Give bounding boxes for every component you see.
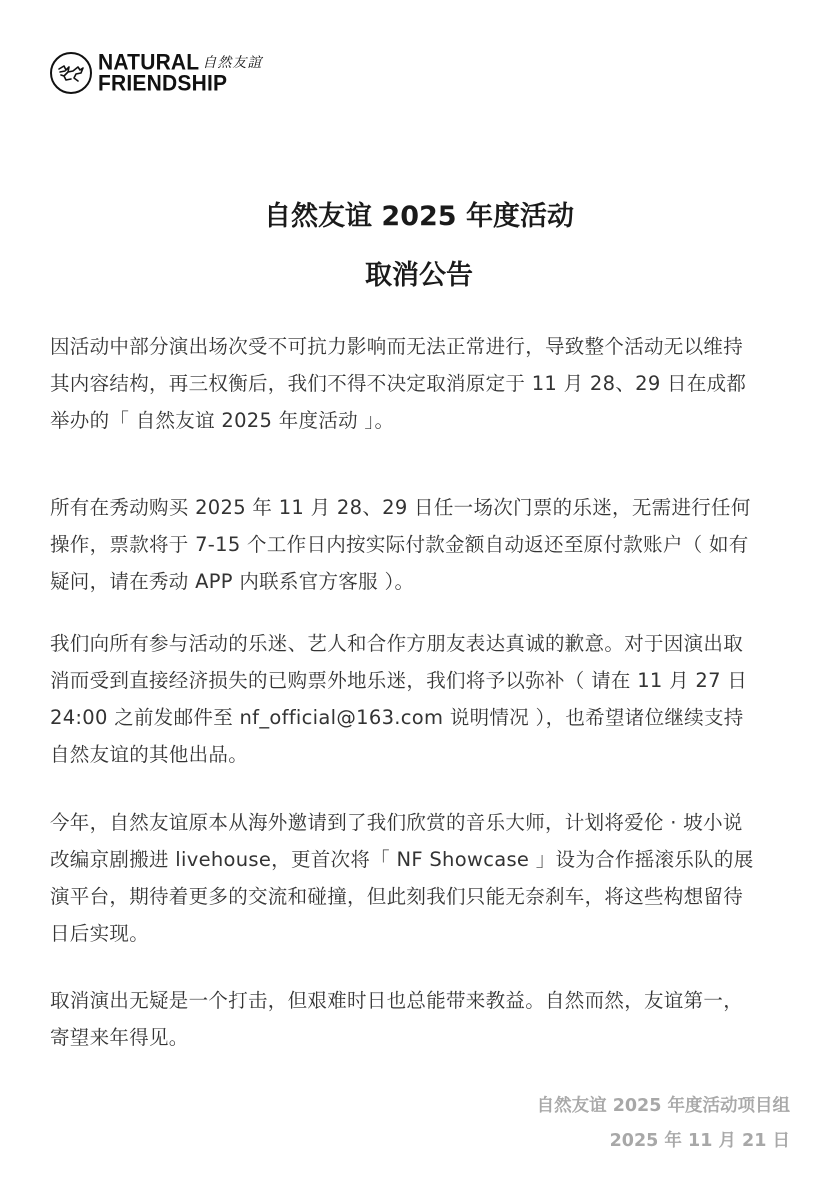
dragon-emblem-icon bbox=[50, 52, 92, 94]
paragraph-refund-info: 所有在秀动购买 2025 年 11 月 28、29 日任一场次门票的乐迷，无需进… bbox=[50, 489, 790, 600]
text-line-with-email: 24:00 之前发邮件至 nf_official@163.com 说明情况 ），… bbox=[50, 699, 790, 736]
text-line: 取消演出无疑是一个打击，但艰难时日也总能带来教益。自然而然，友谊第一， bbox=[50, 982, 790, 1019]
text-line: 操作，票款将于 7-15 个工作日内按实际付款金额自动返还至原付款账户（ 如有 bbox=[50, 526, 790, 563]
signature-organization: 自然友谊 2025 年度活动项目组 bbox=[537, 1092, 790, 1117]
text-line: 改编京剧搬进 livehouse，更首次将「 NF Showcase 」设为合作… bbox=[50, 841, 790, 878]
paragraph-apology-compensation: 我们向所有参与活动的乐迷、艺人和合作方朋友表达真诚的歉意。对于因演出取 消而受到… bbox=[50, 625, 790, 773]
announcement-title: 自然友谊 2025 年度活动 bbox=[0, 194, 838, 233]
logo-text-friendship: FRIENDSHIP bbox=[98, 72, 262, 94]
logo-wordmark: NATURAL 自然友誼 FRIENDSHIP bbox=[98, 52, 262, 94]
text-line: 举办的「 自然友谊 2025 年度活动 」。 bbox=[50, 402, 790, 439]
text-line: 所有在秀动购买 2025 年 11 月 28、29 日任一场次门票的乐迷，无需进… bbox=[50, 489, 790, 526]
text-line: 因活动中部分演出场次受不可抗力影响而无法正常进行，导致整个活动无以维持 bbox=[50, 328, 790, 365]
paragraph-closing: 取消演出无疑是一个打击，但艰难时日也总能带来教益。自然而然，友谊第一， 寄望来年… bbox=[50, 982, 790, 1056]
text-line: 日后实现。 bbox=[50, 915, 790, 952]
text-line: 今年，自然友谊原本从海外邀请到了我们欣赏的音乐大师，计划将爱伦 · 坡小说 bbox=[50, 804, 790, 841]
announcement-subtitle: 取消公告 bbox=[0, 253, 838, 292]
paragraph-cancellation-reason: 因活动中部分演出场次受不可抗力影响而无法正常进行，导致整个活动无以维持 其内容结… bbox=[50, 328, 790, 439]
paragraph-plans: 今年，自然友谊原本从海外邀请到了我们欣赏的音乐大师，计划将爱伦 · 坡小说 改编… bbox=[50, 804, 790, 952]
text-line: 其内容结构，再三权衡后，我们不得不决定取消原定于 11 月 28、29 日在成都 bbox=[50, 365, 790, 402]
text-line: 演平台，期待着更多的交流和碰撞，但此刻我们只能无奈刹车，将这些构想留待 bbox=[50, 878, 790, 915]
logo-text-natural: NATURAL bbox=[98, 51, 199, 73]
text-line: 消而受到直接经济损失的已购票外地乐迷，我们将予以弥补（ 请在 11 月 27 日 bbox=[50, 662, 790, 699]
text-line: 疑问，请在秀动 APP 内联系官方客服 ）。 bbox=[50, 563, 790, 600]
logo-text-chinese: 自然友誼 bbox=[202, 56, 262, 70]
signature-date: 2025 年 11 月 21 日 bbox=[610, 1127, 790, 1152]
brand-logo: NATURAL 自然友誼 FRIENDSHIP bbox=[50, 52, 262, 94]
text-line: 我们向所有参与活动的乐迷、艺人和合作方朋友表达真诚的歉意。对于因演出取 bbox=[50, 625, 790, 662]
text-line: 寄望来年得见。 bbox=[50, 1019, 790, 1056]
text-line: 自然友谊的其他出品。 bbox=[50, 736, 790, 773]
